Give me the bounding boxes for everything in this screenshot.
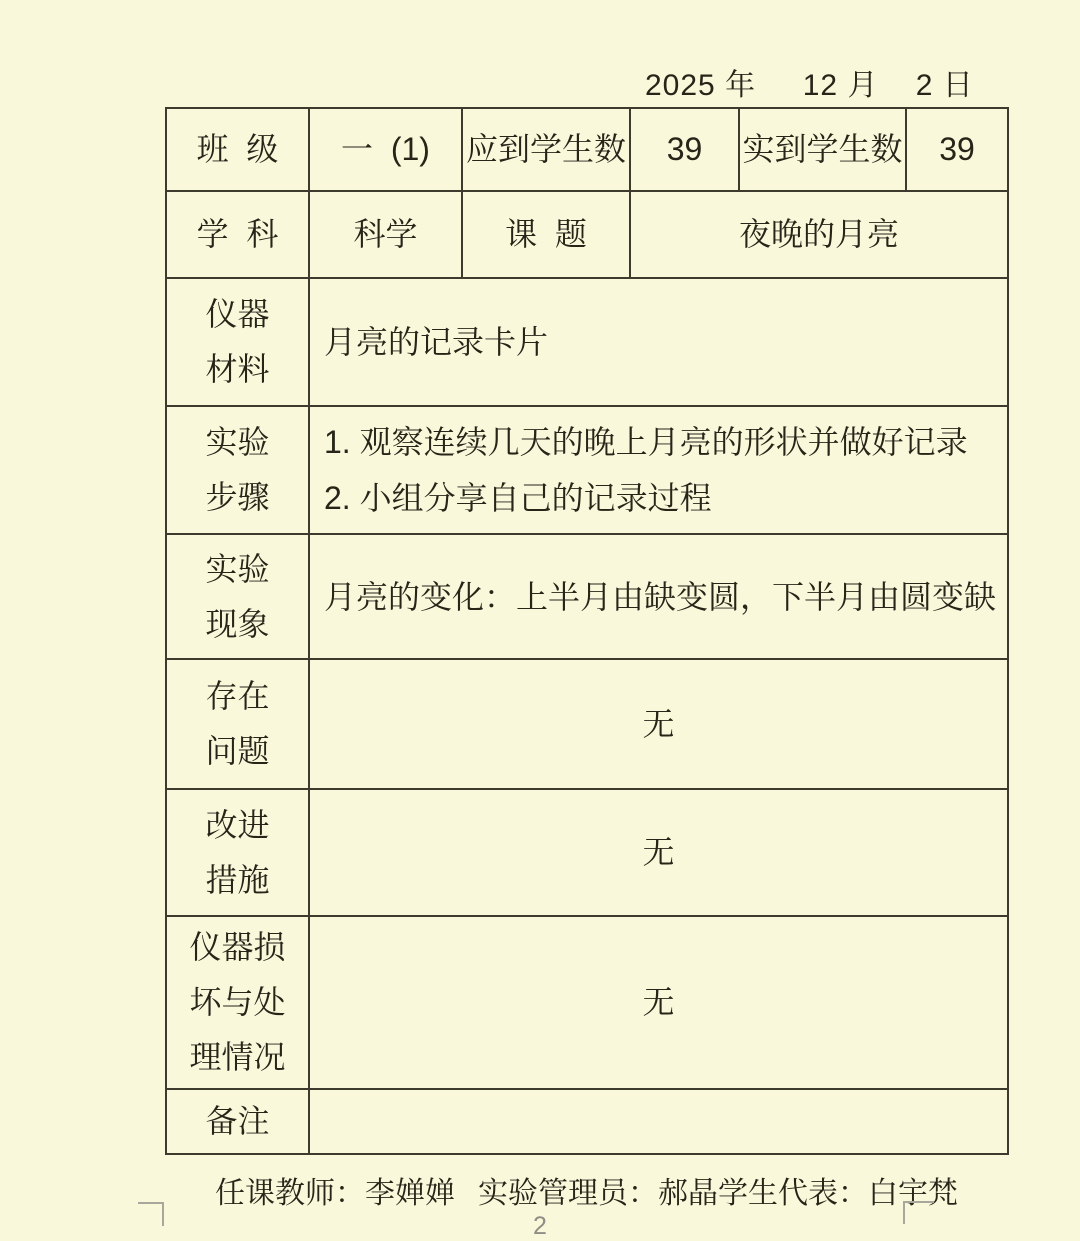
page-number: 2 <box>500 1212 580 1241</box>
margin-crop-mark-left <box>138 1202 164 1226</box>
steps-label: 实验 步骤 <box>166 406 309 534</box>
row-problems: 存在 问题 无 <box>166 659 1008 789</box>
problems-label: 存在 问题 <box>166 659 309 789</box>
steps-value: 1. 观察连续几天的晚上月亮的形状并做好记录 2. 小组分享自己的记录过程 <box>309 406 1008 534</box>
expected-students-value: 39 <box>630 108 739 191</box>
subject-value: 科学 <box>309 191 462 278</box>
date-line: 2025 年 12 月 2 日 <box>645 60 974 104</box>
topic-value: 夜晚的月亮 <box>630 191 1008 278</box>
remarks-label: 备注 <box>166 1089 309 1154</box>
class-label: 班 级 <box>166 108 309 191</box>
record-table: 班 级 一 (1) 应到学生数 39 实到学生数 39 学 科 科学 课 题 夜… <box>165 107 1009 1155</box>
lab-manager-signature: 实验管理员：郝晶 <box>478 1168 718 1212</box>
class-value: 一 (1) <box>309 108 462 191</box>
row-damage: 仪器损 坏与处 理情况 无 <box>166 916 1008 1089</box>
row-steps: 实验 步骤 1. 观察连续几天的晚上月亮的形状并做好记录 2. 小组分享自己的记… <box>166 406 1008 534</box>
phenomenon-value: 月亮的变化：上半月由缺变圆，下半月由圆变缺 <box>309 534 1008 659</box>
row-subject: 学 科 科学 课 题 夜晚的月亮 <box>166 191 1008 278</box>
subject-label: 学 科 <box>166 191 309 278</box>
row-remarks: 备注 <box>166 1089 1008 1154</box>
materials-value: 月亮的记录卡片 <box>309 278 1008 406</box>
phenomenon-label: 实验 现象 <box>166 534 309 659</box>
problems-value: 无 <box>309 659 1008 789</box>
row-class: 班 级 一 (1) 应到学生数 39 实到学生数 39 <box>166 108 1008 191</box>
margin-crop-mark-right <box>903 1201 934 1224</box>
row-materials: 仪器 材料 月亮的记录卡片 <box>166 278 1008 406</box>
row-phenomenon: 实验 现象 月亮的变化：上半月由缺变圆，下半月由圆变缺 <box>166 534 1008 659</box>
materials-label: 仪器 材料 <box>166 278 309 406</box>
actual-students-label: 实到学生数 <box>739 108 906 191</box>
actual-students-value: 39 <box>906 108 1008 191</box>
lab-record-page: 2025 年 12 月 2 日 班 级 一 (1) 应到学生数 39 实到学生数… <box>0 0 1080 1241</box>
damage-value: 无 <box>309 916 1008 1089</box>
topic-label: 课 题 <box>462 191 630 278</box>
remarks-value <box>309 1089 1008 1154</box>
expected-students-label: 应到学生数 <box>462 108 630 191</box>
row-improvement: 改进 措施 无 <box>166 789 1008 916</box>
teacher-signature: 任课教师：李婵婵 <box>215 1168 455 1212</box>
damage-label: 仪器损 坏与处 理情况 <box>166 916 309 1089</box>
improvement-value: 无 <box>309 789 1008 916</box>
improvement-label: 改进 措施 <box>166 789 309 916</box>
